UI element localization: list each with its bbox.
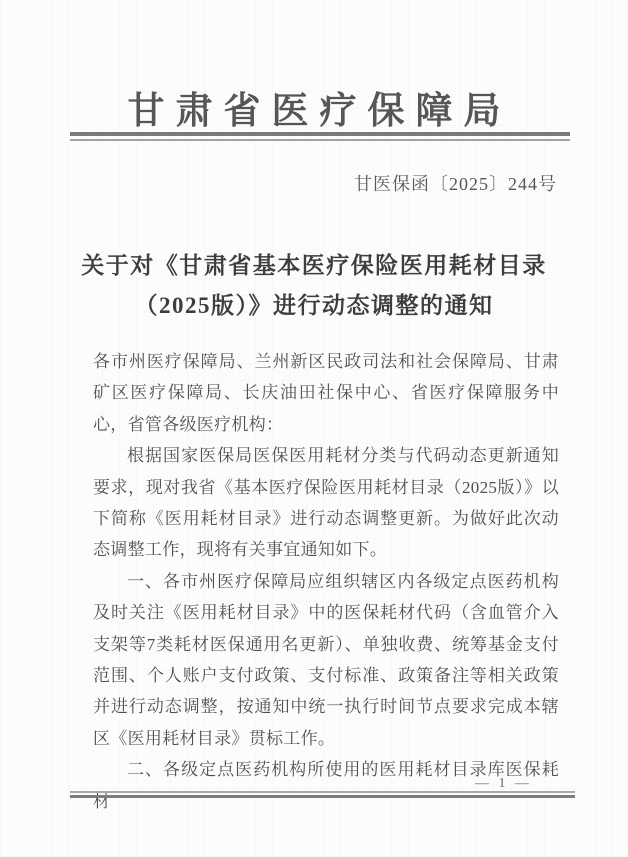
document-title-line2: （2025版）》进行动态调整的通知: [0, 286, 628, 326]
footer-divider: [70, 791, 575, 798]
agency-header-title: 甘肃省医疗保障局: [0, 80, 628, 134]
paragraph-item-1: 一、各市州医疗保障局应组织辖区内各级定点医药机构及时关注《医用耗材目录》中的医保…: [93, 566, 559, 754]
paragraph-addressees: 各市州医疗保障局、兰州新区民政司法和社会保障局、甘肃矿区医疗保障局、长庆油田社保…: [93, 346, 559, 440]
paragraph-intro: 根据国家医保局医保医用耗材分类与代码动态更新通知要求，现对我省《基本医疗保险医用…: [93, 440, 559, 566]
doc-number: 甘医保函〔2025〕244号: [354, 170, 557, 196]
document-body: 各市州医疗保障局、兰州新区民政司法和社会保障局、甘肃矿区医疗保障局、长庆油田社保…: [93, 346, 559, 817]
footer-divider-thick-line: [70, 795, 575, 798]
document-title-line1: 关于对《甘肃省基本医疗保险医用耗材目录: [0, 246, 628, 286]
header-divider: [70, 132, 570, 141]
document-title: 关于对《甘肃省基本医疗保险医用耗材目录 （2025版）》进行动态调整的通知: [0, 246, 628, 326]
page-number: — 1 —: [475, 776, 532, 792]
header-divider-thin-line: [70, 139, 570, 141]
document-page: 甘肃省医疗保障局 甘医保函〔2025〕244号 关于对《甘肃省基本医疗保险医用耗…: [0, 0, 628, 857]
